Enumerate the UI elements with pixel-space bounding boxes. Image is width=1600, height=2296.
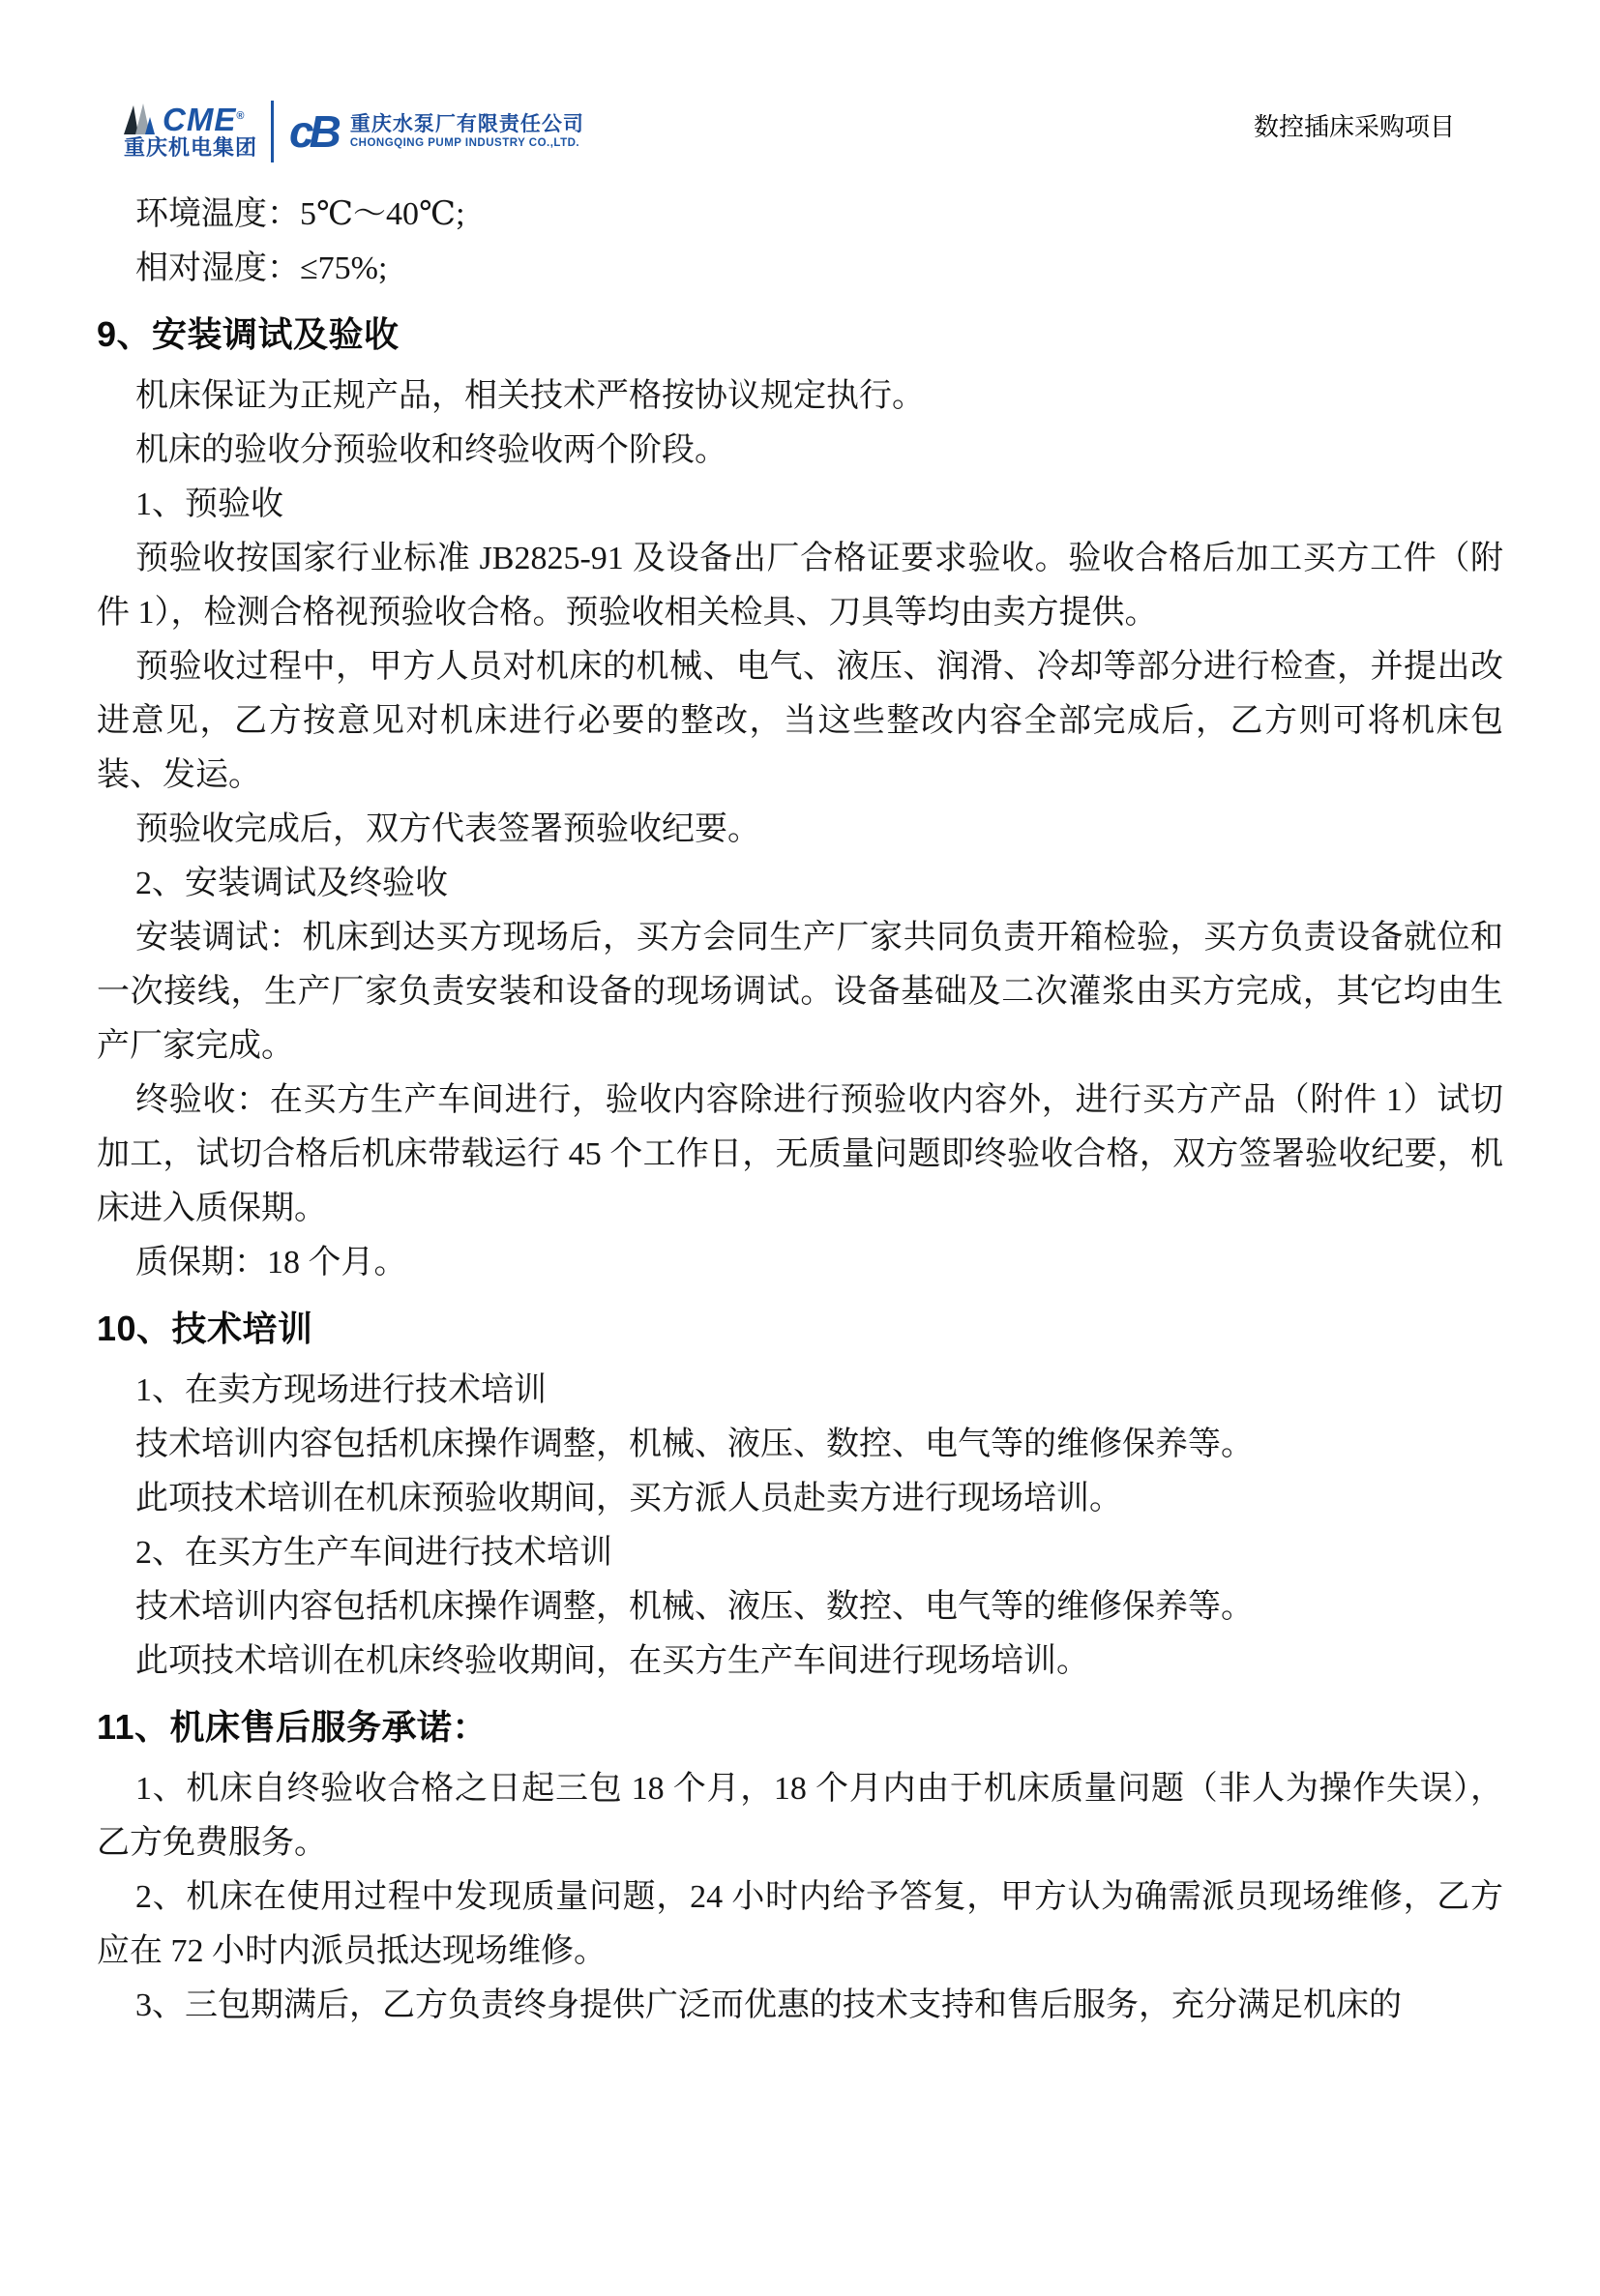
paragraph: 预验收按国家行业标准 JB2825-91 及设备出厂合格证要求验收。验收合格后加… (97, 532, 1503, 640)
paragraph: 3、三包期满后，乙方负责终身提供广泛而优惠的技术支持和售后服务，充分满足机床的 (97, 1979, 1503, 2033)
paragraph: 预验收过程中，甲方人员对机床的机械、电气、液压、润滑、冷却等部分进行检查，并提出… (97, 640, 1503, 803)
section-heading-9: 9、安装调试及验收 (97, 311, 1503, 358)
paragraph: 此项技术培训在机床预验收期间，买方派人员赴卖方进行现场培训。 (97, 1472, 1503, 1526)
subheading-pre-acceptance: 1、预验收 (97, 478, 1503, 532)
mountain-peaks-icon (124, 103, 159, 134)
page-header: CME® 重庆机电集团 cB 重庆水泵厂有限责任公司 CHONGQING PUM… (0, 0, 1600, 184)
project-title-label: 数控插床采购项目 (1254, 112, 1455, 143)
registered-trademark-icon: ® (236, 110, 245, 122)
pump-logo: cB 重庆水泵厂有限责任公司 CHONGQING PUMP INDUSTRY C… (289, 109, 584, 154)
pump-company-name-cn: 重庆水泵厂有限责任公司 (350, 112, 584, 136)
paragraph: 预验收完成后，双方代表签署预验收纪要。 (97, 803, 1503, 857)
paragraph: 机床的验收分预验收和终验收两个阶段。 (97, 424, 1503, 478)
document-page: CME® 重庆机电集团 cB 重庆水泵厂有限责任公司 CHONGQING PUM… (0, 0, 1600, 2296)
section-heading-10: 10、技术培训 (97, 1306, 1503, 1352)
paragraph-warranty-period: 质保期：18 个月。 (97, 1236, 1503, 1290)
cme-logo: CME® 重庆机电集团 (124, 103, 257, 160)
paragraph-relative-humidity: 相对湿度：≤75%; (97, 242, 1503, 296)
paragraph: 安装调试：机床到达买方现场后，买方会同生产厂家共同负责开箱检验，买方负责设备就位… (97, 911, 1503, 1074)
cme-group-name: 重庆机电集团 (124, 136, 257, 160)
document-body: 环境温度：5℃～40℃; 相对湿度：≤75%; 9、安装调试及验收 机床保证为正… (97, 188, 1503, 2033)
paragraph: 2、机床在使用过程中发现质量问题，24 小时内给予答复，甲方认为确需派员现场维修… (97, 1870, 1503, 1979)
paragraph: 技术培训内容包括机床操作调整，机械、液压、数控、电气等的维修保养等。 (97, 1418, 1503, 1472)
paragraph: 终验收：在买方生产车间进行，验收内容除进行预验收内容外，进行买方产品（附件 1）… (97, 1074, 1503, 1236)
logo-divider (271, 101, 274, 162)
cb-monogram-icon: cB (289, 109, 342, 154)
cme-brand-text: CME® (163, 102, 245, 134)
paragraph: 机床保证为正规产品，相关技术严格按协议规定执行。 (97, 369, 1503, 424)
paragraph: 技术培训内容包括机床操作调整，机械、液压、数控、电气等的维修保养等。 (97, 1580, 1503, 1634)
cme-logo-top: CME® (124, 103, 245, 134)
subheading-training-at-buyer: 2、在买方生产车间进行技术培训 (97, 1526, 1503, 1580)
paragraph: 此项技术培训在机床终验收期间，在买方生产车间进行现场培训。 (97, 1634, 1503, 1689)
paragraph: 1、机床自终验收合格之日起三包 18 个月，18 个月内由于机床质量问题（非人为… (97, 1762, 1503, 1870)
subheading-install-final-acceptance: 2、安装调试及终验收 (97, 857, 1503, 911)
pump-company-name-en: CHONGQING PUMP INDUSTRY CO.,LTD. (350, 136, 584, 151)
section-heading-11: 11、机床售后服务承诺： (97, 1704, 1503, 1751)
pump-logo-text: 重庆水泵厂有限责任公司 CHONGQING PUMP INDUSTRY CO.,… (350, 112, 584, 151)
subheading-training-at-seller: 1、在卖方现场进行技术培训 (97, 1364, 1503, 1418)
paragraph-env-temperature: 环境温度：5℃～40℃; (97, 188, 1503, 242)
logo-group: CME® 重庆机电集团 cB 重庆水泵厂有限责任公司 CHONGQING PUM… (124, 101, 584, 162)
